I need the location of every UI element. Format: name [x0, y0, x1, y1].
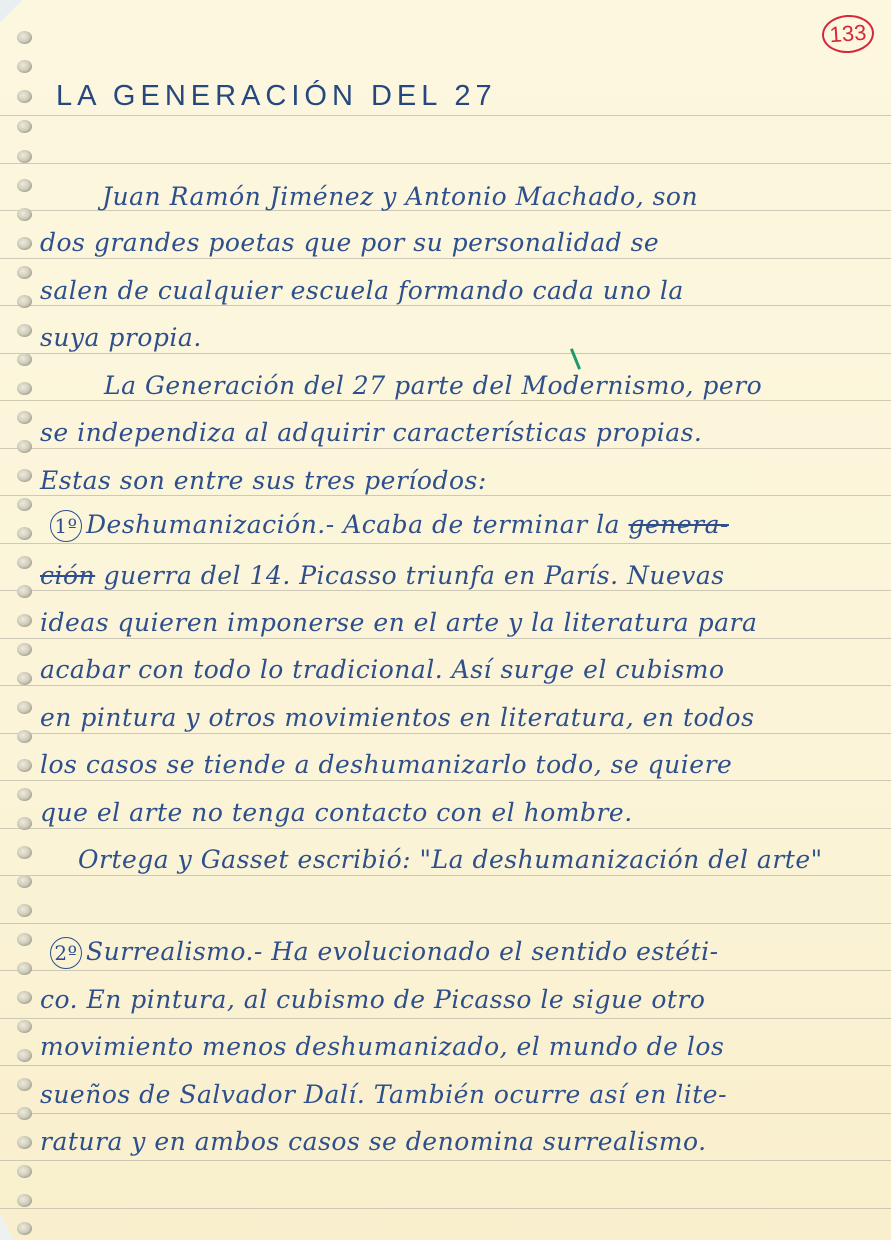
- binding-hole: [17, 498, 32, 511]
- ruled-line: [0, 258, 891, 259]
- ruled-line: [0, 543, 891, 544]
- text-line: en pintura y otros movimientos en litera…: [40, 703, 754, 732]
- binding-hole: [17, 962, 32, 975]
- ruled-line: [0, 875, 891, 876]
- struck-text: genera-: [628, 510, 729, 539]
- binding-hole: [17, 788, 32, 801]
- binding-hole: [17, 1107, 32, 1120]
- binding-hole: [17, 875, 32, 888]
- ruled-line: [0, 305, 891, 306]
- section-heading-1: 1ºDeshumanización.- Acaba de terminar la…: [50, 510, 729, 542]
- ruled-line: [0, 448, 891, 449]
- binding-hole: [17, 60, 32, 73]
- binding-hole: [17, 817, 32, 830]
- binding-hole: [17, 469, 32, 482]
- text-line: La Generación del 27 parte del Modernism…: [104, 371, 762, 400]
- binding-hole: [17, 904, 32, 917]
- text-line: salen de cualquier escuela formando cada…: [40, 276, 684, 305]
- text-line: que el arte no tenga contacto con el hom…: [40, 798, 633, 827]
- binding-hole: [17, 1194, 32, 1207]
- text-line: guerra del 14. Picasso triunfa en París.…: [104, 561, 725, 590]
- binding-hole: [17, 527, 32, 540]
- ruled-line: [0, 353, 891, 354]
- ruled-line: [0, 733, 891, 734]
- text-line: Ortega y Gasset escribió: "La deshumaniz…: [78, 845, 823, 874]
- torn-corner: [0, 1214, 14, 1240]
- binding-hole: [17, 237, 32, 250]
- binding-hole: [17, 1078, 32, 1091]
- binding-hole: [17, 411, 32, 424]
- text-line: suya propia.: [40, 323, 202, 352]
- binding-hole: [17, 1222, 32, 1235]
- ruled-line: [0, 685, 891, 686]
- ruled-line: [0, 828, 891, 829]
- text-line: Juan Ramón Jiménez y Antonio Machado, so…: [102, 182, 698, 211]
- binding-hole: [17, 90, 32, 103]
- ruled-line: [0, 923, 891, 924]
- binding-hole: [17, 208, 32, 221]
- binding-hole: [17, 295, 32, 308]
- correction-mark: [570, 348, 581, 370]
- binding-hole: [17, 614, 32, 627]
- binding-hole: [17, 31, 32, 44]
- binding-hole: [17, 120, 32, 133]
- text-line: se independiza al adquirir característic…: [40, 418, 702, 447]
- binding-hole: [17, 266, 32, 279]
- binding-hole: [17, 1165, 32, 1178]
- ruled-line: [0, 638, 891, 639]
- binding-hole: [17, 440, 32, 453]
- text-line: dos grandes poetas que por su personalid…: [40, 228, 659, 257]
- text-line: ideas quieren imponerse en el arte y la …: [40, 608, 757, 637]
- binding-hole: [17, 353, 32, 366]
- text-line: sueños de Salvador Dalí. También ocurre …: [40, 1080, 727, 1109]
- binding-hole: [17, 1020, 32, 1033]
- ruled-line: [0, 1208, 891, 1209]
- text-line: co. En pintura, al cubismo de Picasso le…: [40, 985, 705, 1014]
- section-number-marker: 1º: [50, 510, 82, 542]
- text-line-wrapper: ción guerra del 14. Picasso triunfa en P…: [40, 561, 725, 590]
- text-line: los casos se tiende a deshumanizarlo tod…: [40, 750, 732, 779]
- page-title: LA GENERACIÓN DEL 27: [56, 80, 497, 113]
- section-heading-2: 2ºSurrealismo.- Ha evolucionado el senti…: [50, 937, 719, 969]
- text-line: Deshumanización.- Acaba de terminar la: [86, 510, 620, 539]
- ruled-line: [0, 1160, 891, 1161]
- binding-hole: [17, 991, 32, 1004]
- binding-hole: [17, 672, 32, 685]
- binding-hole: [17, 556, 32, 569]
- ruled-line: [0, 590, 891, 591]
- binding-hole: [17, 150, 32, 163]
- text-line: ratura y en ambos casos se denomina surr…: [40, 1127, 707, 1156]
- struck-text: ción: [40, 561, 95, 590]
- section-number-marker: 2º: [50, 937, 82, 969]
- notebook-page: 133 LA GENERACIÓN DEL 27 Juan Ramón Jimé…: [0, 0, 891, 1240]
- torn-corner: [0, 0, 22, 22]
- binding-hole: [17, 701, 32, 714]
- ruled-line: [0, 163, 891, 164]
- binding-hole: [17, 643, 32, 656]
- text-line: Estas son entre sus tres períodos:: [40, 466, 487, 495]
- binding-hole: [17, 382, 32, 395]
- text-line: Surrealismo.- Ha evolucionado el sentido…: [86, 937, 719, 966]
- ruled-line: [0, 495, 891, 496]
- binding-hole: [17, 179, 32, 192]
- ruled-line: [0, 970, 891, 971]
- ruled-line: [0, 780, 891, 781]
- binding-hole: [17, 324, 32, 337]
- text-line: movimiento menos deshumanizado, el mundo…: [40, 1032, 724, 1061]
- ruled-line: [0, 400, 891, 401]
- ruled-line: [0, 1018, 891, 1019]
- ruled-line: [0, 1065, 891, 1066]
- binding-hole: [17, 759, 32, 772]
- text-line: acabar con todo lo tradicional. Así surg…: [40, 655, 725, 684]
- ruled-line: [0, 1113, 891, 1114]
- ruled-line: [0, 115, 891, 116]
- page-number-badge: 133: [821, 13, 876, 55]
- binding-hole: [17, 585, 32, 598]
- binding-hole: [17, 1049, 32, 1062]
- binding-hole: [17, 1136, 32, 1149]
- binding-hole: [17, 730, 32, 743]
- binding-hole: [17, 933, 32, 946]
- binding-hole: [17, 846, 32, 859]
